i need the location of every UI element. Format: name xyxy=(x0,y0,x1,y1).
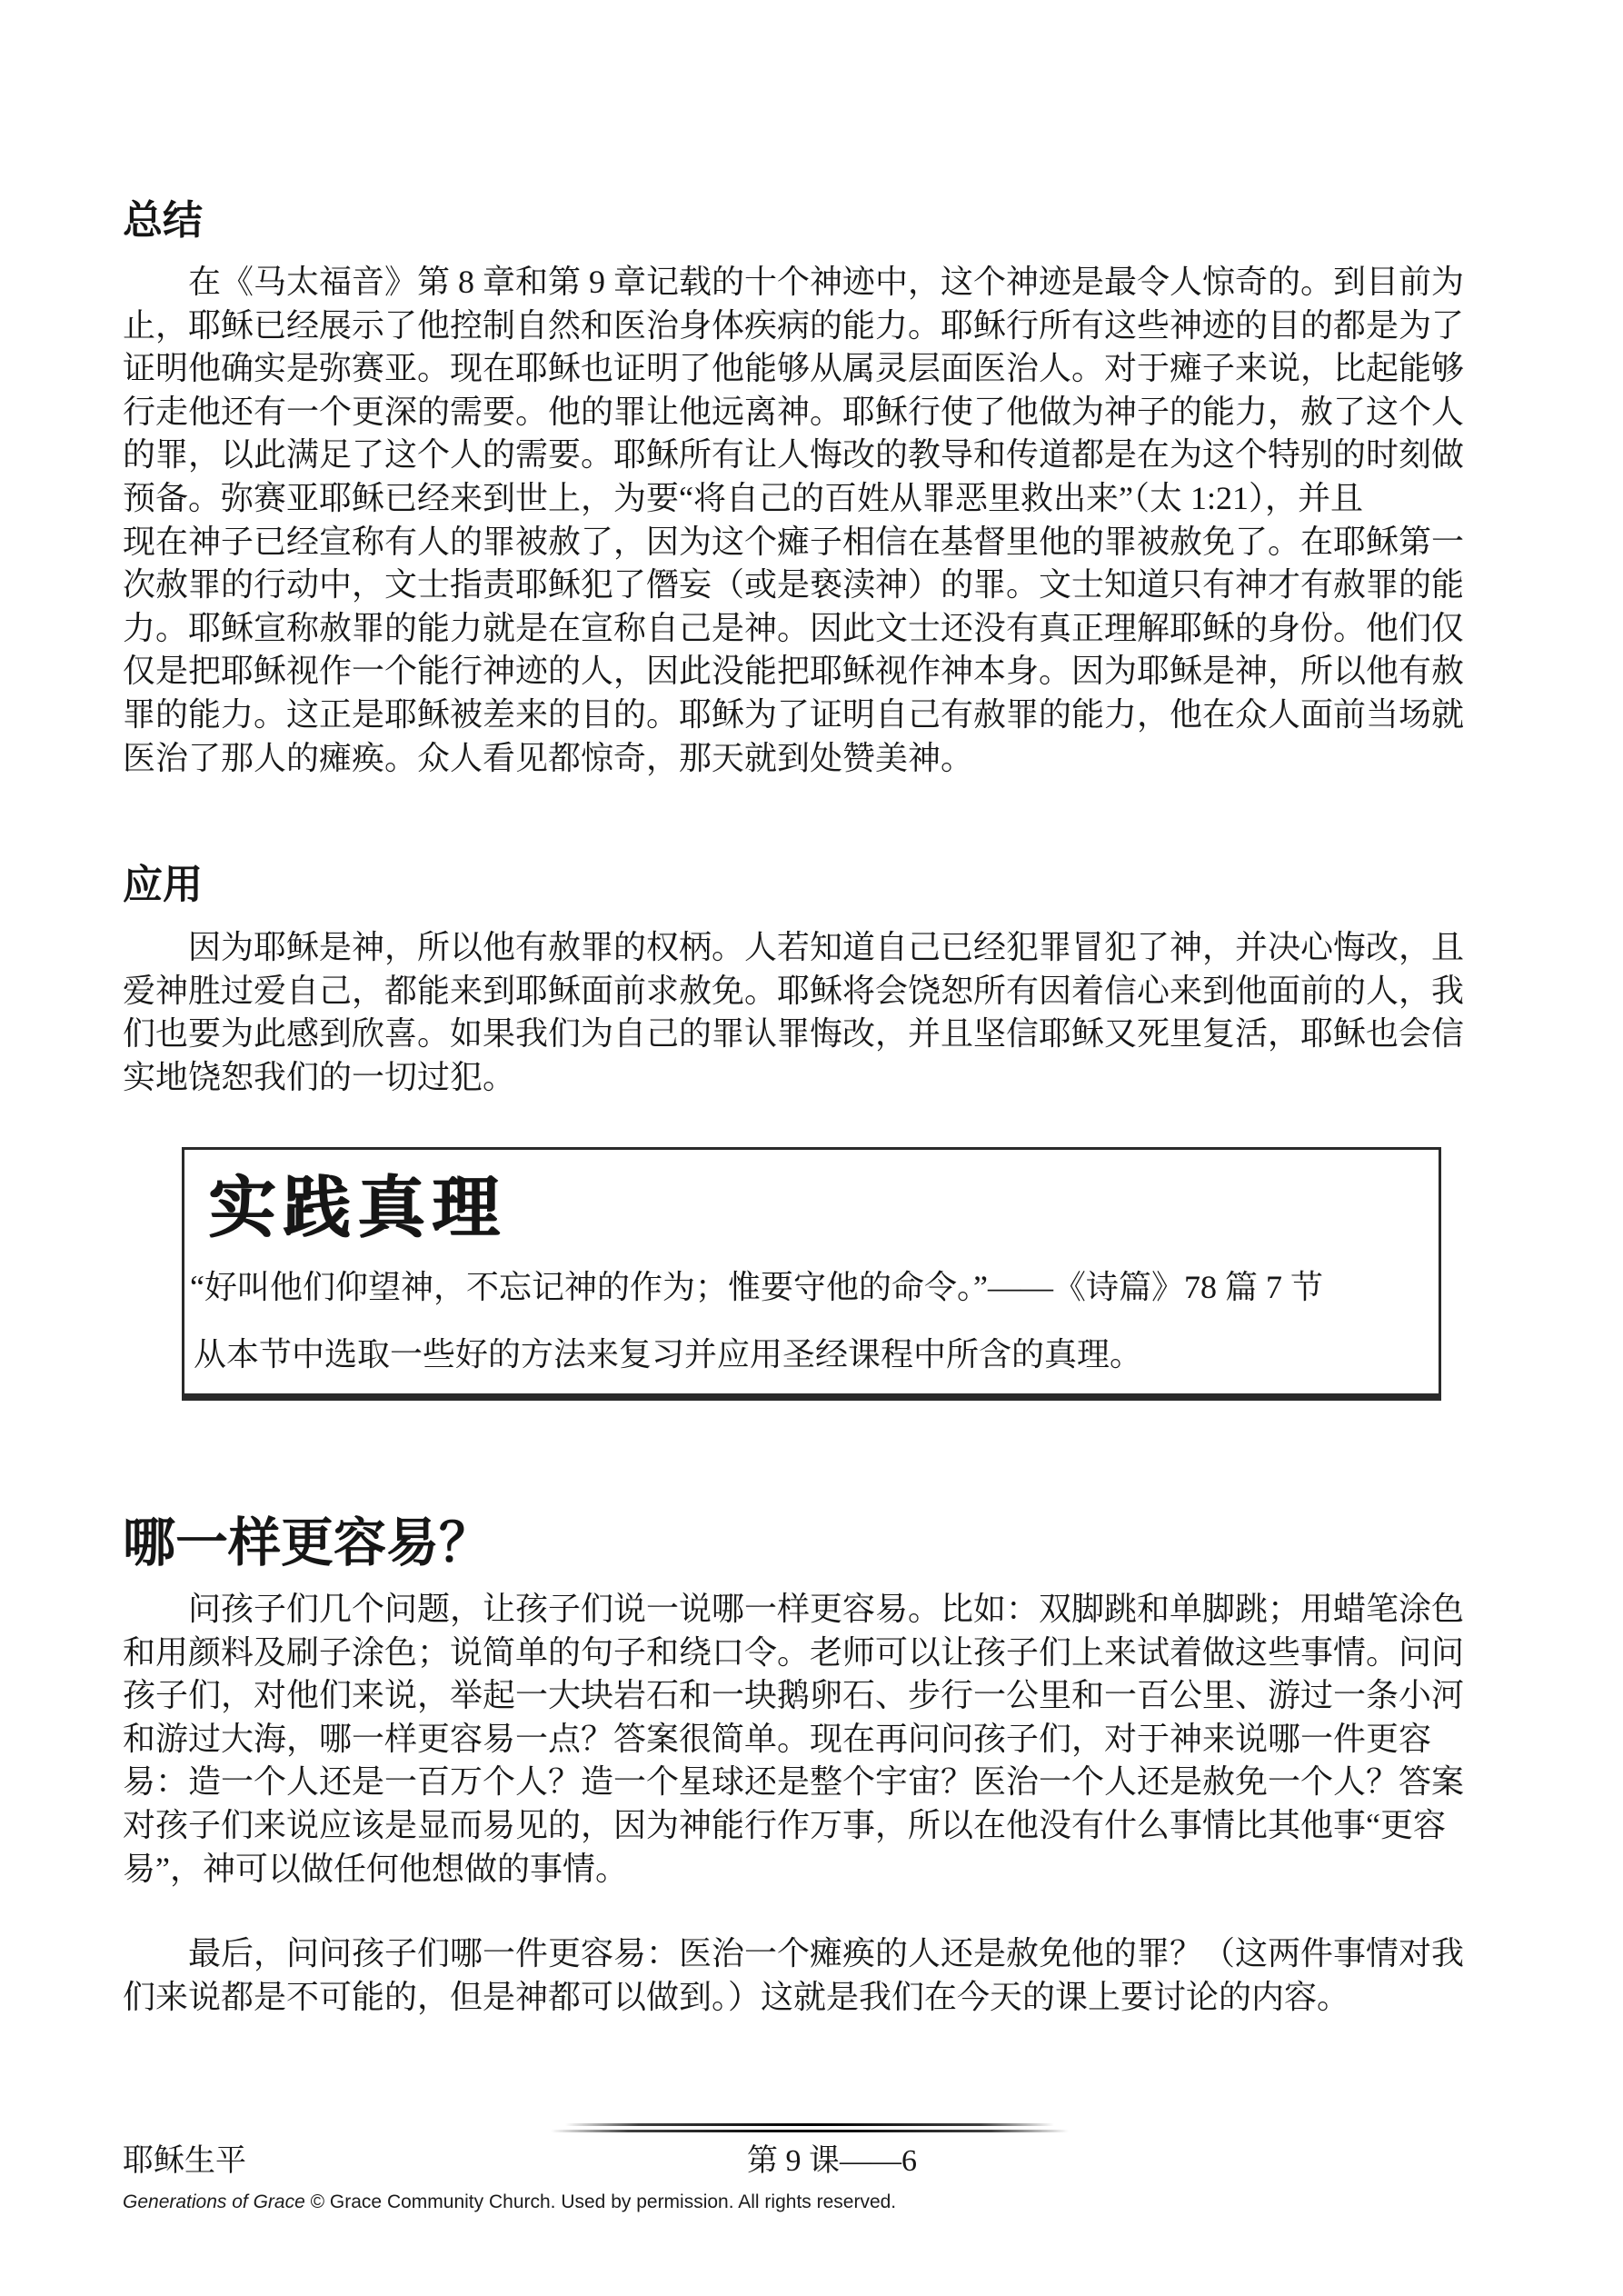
text-line: 力。耶稣宣称赦罪的能力就是在宣称自己是神。因此文士还没有真正理解耶稣的身份。他们… xyxy=(123,607,1513,651)
practice-truth-instruction: 从本节中选取一些好的方法来复习并应用圣经课程中所含的真理。 xyxy=(194,1333,1142,1377)
text-line: 止，耶稣已经展示了他控制自然和医治身体疾病的能力。耶稣行所有这些神迹的目的都是为… xyxy=(123,304,1513,348)
footer-copyright-series-name: Generations of Grace xyxy=(123,2191,305,2212)
text-line: 罪的能力。这正是耶稣被差来的目的。耶稣为了证明自己有赦罪的能力，他在众人面前当场… xyxy=(123,694,1513,737)
text-line: 对孩子们来说应该是显而易见的，因为神能行作万事，所以在他没有什么事情比其他事“更… xyxy=(123,1804,1513,1848)
application-heading: 应用 xyxy=(123,864,203,906)
document-page: { "summary": { "heading": "总结", "lines":… xyxy=(0,0,1623,2296)
footer-page-number: 第 9 课——6 xyxy=(747,2143,917,2181)
text-line: 的罪，以此满足了这个人的需要。耶稣所有让人悔改的教导和传道都是在为这个特别的时刻… xyxy=(123,434,1513,477)
text-line: 仅是把耶稣视作一个能行神迹的人，因此没能把耶稣视作神本身。因为耶稣是神，所以他有… xyxy=(123,650,1513,694)
practice-truth-quote: “好叫他们仰望神，不忘记神的作为；惟要守他的命令。”——《诗篇》78 篇 7 节 xyxy=(190,1266,1323,1310)
summary-heading: 总结 xyxy=(123,200,203,242)
text-line: 医治了那人的瘫痪。众人看见都惊奇，那天就到处赞美神。 xyxy=(123,737,1513,781)
text-line: 预备。弥赛亚耶稣已经来到世上，为要“将自己的百姓从罪恶里救出来”（太 1:21）… xyxy=(123,477,1513,521)
which-easier-heading: 哪一样更容易？ xyxy=(123,1516,492,1572)
text-line: 最后，问问孩子们哪一件更容易：医治一个瘫痪的人还是赦免他的罪？（这两件事情对我 xyxy=(123,1932,1513,1976)
footer-divider-bottom xyxy=(551,2130,1069,2132)
footer-copyright: Generations of Grace © Grace Community C… xyxy=(123,2191,896,2213)
text-line: 爱神胜过爱自己，都能来到耶稣面前求赦免。耶稣将会饶恕所有因着信心来到他面前的人，… xyxy=(123,970,1513,1013)
text-line: 行走他还有一个更深的需要。他的罪让他远离神。耶稣行使了他做为神子的能力，赦了这个… xyxy=(123,391,1513,434)
which-easier-paragraph-1: 问孩子们几个问题，让孩子们说一说哪一样更容易。比如：双脚跳和单脚跳；用蜡笔涂色和… xyxy=(123,1588,1513,1891)
which-easier-paragraph-2: 最后，问问孩子们哪一件更容易：医治一个瘫痪的人还是赦免他的罪？（这两件事情对我们… xyxy=(123,1932,1513,2019)
text-line: 们也要为此感到欣喜。如果我们为自己的罪认罪悔改，并且坚信耶稣又死里复活，耶稣也会… xyxy=(123,1013,1513,1056)
footer-book-title: 耶稣生平 xyxy=(123,2143,246,2181)
text-line: 次赦罪的行动中，文士指责耶稣犯了僭妄（或是亵渎神）的罪。文士知道只有神才有赦罪的… xyxy=(123,564,1513,607)
text-line: 问孩子们几个问题，让孩子们说一说哪一样更容易。比如：双脚跳和单脚跳；用蜡笔涂色 xyxy=(123,1588,1513,1632)
text-line: 易”，神可以做任何他想做的事情。 xyxy=(123,1848,1513,1892)
text-line: 在《马太福音》第 8 章和第 9 章记载的十个神迹中，这个神迹是最令人惊奇的。到… xyxy=(123,261,1513,304)
text-line: 因为耶稣是神，所以他有赦罪的权柄。人若知道自己已经犯罪冒犯了神，并决心悔改，且 xyxy=(123,926,1513,970)
text-line: 和用颜料及刷子涂色；说简单的句子和绕口令。老师可以让孩子们上来试着做这些事情。问… xyxy=(123,1632,1513,1675)
practice-truth-box: 实践真理 “好叫他们仰望神，不忘记神的作为；惟要守他的命令。”——《诗篇》78 … xyxy=(182,1147,1441,1401)
text-line: 们来说都是不可能的，但是神都可以做到。）这就是我们在今天的课上要讨论的内容。 xyxy=(123,1976,1513,2020)
text-line: 现在神子已经宣称有人的罪被赦了，因为这个瘫子相信在基督里他的罪被赦免了。在耶稣第… xyxy=(123,521,1513,564)
text-line: 实地饶恕我们的一切过犯。 xyxy=(123,1056,1513,1100)
text-line: 易：造一个人还是一百万个人？造一个星球还是整个宇宙？医治一个人还是赦免一个人？答… xyxy=(123,1761,1513,1804)
footer-copyright-text: © Grace Community Church. Used by permis… xyxy=(305,2191,896,2212)
practice-truth-title: 实践真理 xyxy=(208,1173,506,1246)
footer-divider-top xyxy=(565,2123,1054,2126)
application-paragraph: 因为耶稣是神，所以他有赦罪的权柄。人若知道自己已经犯罪冒犯了神，并决心悔改，且爱… xyxy=(123,926,1513,1099)
text-line: 和游过大海，哪一样更容易一点？答案很简单。现在再问问孩子们，对于神来说哪一件更容 xyxy=(123,1718,1513,1762)
text-line: 证明他确实是弥赛亚。现在耶稣也证明了他能够从属灵层面医治人。对于瘫子来说，比起能… xyxy=(123,347,1513,391)
text-line: 孩子们，对他们来说，举起一大块岩石和一块鹅卵石、步行一公里和一百公里、游过一条小… xyxy=(123,1674,1513,1718)
summary-paragraph: 在《马太福音》第 8 章和第 9 章记载的十个神迹中，这个神迹是最令人惊奇的。到… xyxy=(123,261,1513,780)
